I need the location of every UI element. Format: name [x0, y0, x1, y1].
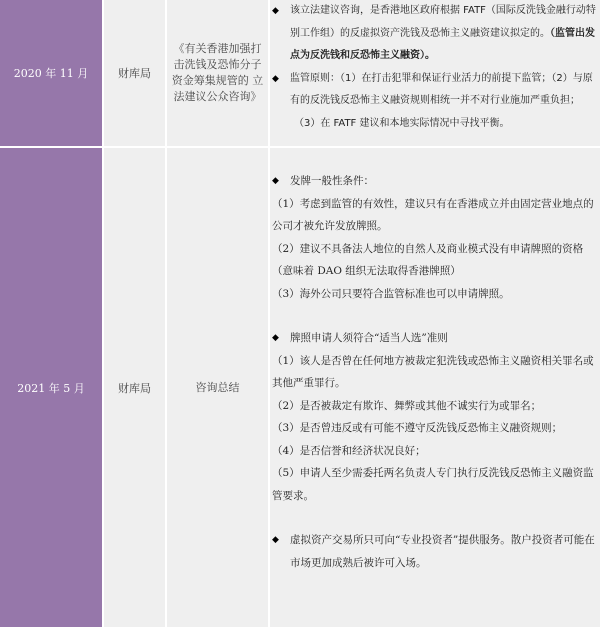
table-row: 2020 年 11 月 财库局 《有关香港加强打击洗钱及恐怖分子资金筹集规管的 … [0, 0, 600, 146]
list-item: （2）是否被裁定有欺诈、舞弊或其他不诚实行为或罪名； [272, 395, 596, 418]
title-cell: 咨询总结 [167, 148, 268, 627]
content-cell: ◆ 该立法建议咨询，是香港地区政府根据 FATF（国际反洗钱金融行动特别工作组）… [270, 0, 600, 146]
diamond-bullet-icon: ◆ [272, 327, 290, 350]
content-cell: ◆ 发牌一般性条件： （1）考虑到监管的有效性，建议只有在香港成立并由固定营业地… [270, 148, 600, 627]
list-item: （4）是否信誉和经济状况良好； [272, 440, 596, 463]
list-item: （5）申请人至少需委托两名负责人专门执行反洗钱反恐怖主义融资监管要求。 [272, 462, 596, 507]
section-heading: ◆ 牌照申请人须符合“适当人选”准则 [272, 327, 596, 350]
diamond-bullet-icon: ◆ [272, 68, 290, 136]
bullet-item: ◆ 该立法建议咨询，是香港地区政府根据 FATF（国际反洗钱金融行动特别工作组）… [272, 0, 596, 68]
diamond-bullet-icon: ◆ [272, 529, 290, 574]
org-cell: 财库局 [104, 0, 165, 146]
section-heading: ◆ 虚拟资产交易所只可向“专业投资者”提供服务。散户投资者可能在市场更加成熟后被… [272, 529, 596, 574]
list-item: （3）是否曾违反或有可能不遵守反洗钱反恐怖主义融资规则； [272, 417, 596, 440]
list-item: （1）该人是否曾在任何地方被裁定犯洗钱或恐怖主义融资相关罪名或其他严重罪行。 [272, 350, 596, 395]
regulation-timeline-table: 2020 年 11 月 财库局 《有关香港加强打击洗钱及恐怖分子资金筹集规管的 … [0, 0, 600, 627]
title-cell: 《有关香港加强打击洗钱及恐怖分子资金筹集规管的 立法建议公众咨询》 [167, 0, 268, 146]
table-row: 2021 年 5 月 财库局 咨询总结 ◆ 发牌一般性条件： （1）考虑到监管的… [0, 148, 600, 627]
list-item: （2）建议不具备法人地位的自然人及商业模式没有申请牌照的资格（意味着 DAO 组… [272, 238, 596, 283]
date-cell: 2021 年 5 月 [0, 148, 102, 627]
diamond-bullet-icon: ◆ [272, 170, 290, 193]
section-heading: ◆ 发牌一般性条件： [272, 170, 596, 193]
bullet-item: ◆ 监管原则：（1）在打击犯罪和保证行业活力的前提下监管；（2）与原有的反洗钱反… [272, 68, 596, 136]
diamond-bullet-icon: ◆ [272, 0, 290, 68]
org-cell: 财库局 [104, 148, 165, 627]
list-item: （1）考虑到监管的有效性，建议只有在香港成立并由固定营业地点的公司才被允许发放牌… [272, 193, 596, 238]
bullet-text: 监管原则：（1）在打击犯罪和保证行业活力的前提下监管；（2）与原有的反洗钱反恐怖… [290, 73, 593, 107]
bullet-text-cont: （3）在 FATF 建议和本地实际情况中寻找平衡。 [290, 113, 596, 136]
date-cell: 2020 年 11 月 [0, 0, 102, 146]
list-item: （3）海外公司只要符合监管标准也可以申请牌照。 [272, 283, 596, 306]
